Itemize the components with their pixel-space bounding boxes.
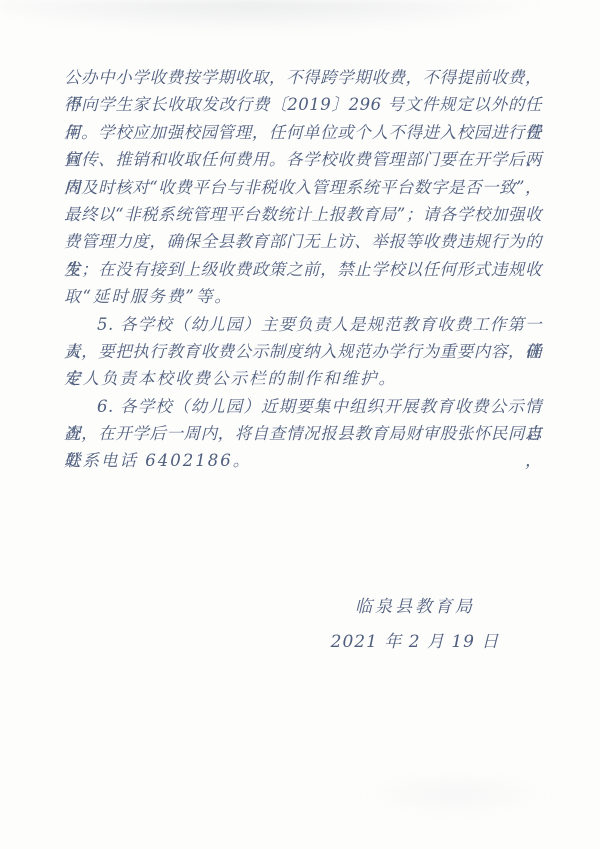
- text-line: 专人负责本校收费公示栏的制作和维护。: [64, 365, 542, 392]
- paragraph-continuation: 公办中小学收费按学期收取，不得跨学期收费，不得提前收费，不得向学生家长收取发改行…: [64, 64, 542, 311]
- text-line: 内及时核对“收费平台与非税收入管理系统平台数字是否一致”，: [64, 174, 542, 201]
- paragraph-item-5: 5. 各学校（幼儿园）主要负责人是规范教育收费工作第一责任人，要把执行教育收费公…: [64, 311, 542, 393]
- signature-date: 2021 年 2 月 19 日: [325, 629, 505, 655]
- text-line: 6. 各学校（幼儿园）近期要集中组织开展教育收费公示情况自: [64, 393, 542, 420]
- text-line: 公办中小学收费按学期收取，不得跨学期收费，不得提前收费，不: [64, 64, 542, 91]
- text-line: 人，要把执行教育收费公示制度纳入规范办学行为重要内容，确定: [64, 338, 542, 365]
- scan-smudge-top: [0, 0, 600, 38]
- text-line: 宣传、推销和收取任何费用。各学校收费管理部门要在开学后两周: [64, 146, 542, 173]
- scan-smudge-bottom: [300, 769, 560, 819]
- text-line: 取“延时服务费”等。: [64, 283, 542, 310]
- text-line: 查，在开学后一周内，将自查情况报县教育局财审股张怀民同志处，: [64, 420, 542, 447]
- signature-org: 临泉县教育局: [325, 594, 505, 620]
- text-line: 得向学生家长收取发改行费〔2019〕296 号文件规定以外的任何费: [64, 91, 542, 118]
- paragraph-item-6: 6. 各学校（幼儿园）近期要集中组织开展教育收费公示情况自查，在开学后一周内，将…: [64, 393, 542, 475]
- document-page: 公办中小学收费按学期收取，不得跨学期收费，不得提前收费，不得向学生家长收取发改行…: [0, 0, 600, 849]
- text-line: 用。学校应加强校园管理，任何单位或个人不得进入校园进行任何、: [64, 119, 542, 146]
- signature-block: 临泉县教育局 2021 年 2 月 19 日: [325, 594, 505, 655]
- document-body: 公办中小学收费按学期收取，不得跨学期收费，不得提前收费，不得向学生家长收取发改行…: [64, 64, 542, 475]
- text-line: 费管理力度，确保全县教育部门无上访、举报等收费违规行为的发: [64, 228, 542, 255]
- text-line: 5. 各学校（幼儿园）主要负责人是规范教育收费工作第一责任: [64, 311, 542, 338]
- text-line: 最终以“非税系统管理平台数统计上报教育局”；请各学校加强收: [64, 201, 542, 228]
- text-line: 生；在没有接到上级收费政策之前，禁止学校以任何形式违规收: [64, 256, 542, 283]
